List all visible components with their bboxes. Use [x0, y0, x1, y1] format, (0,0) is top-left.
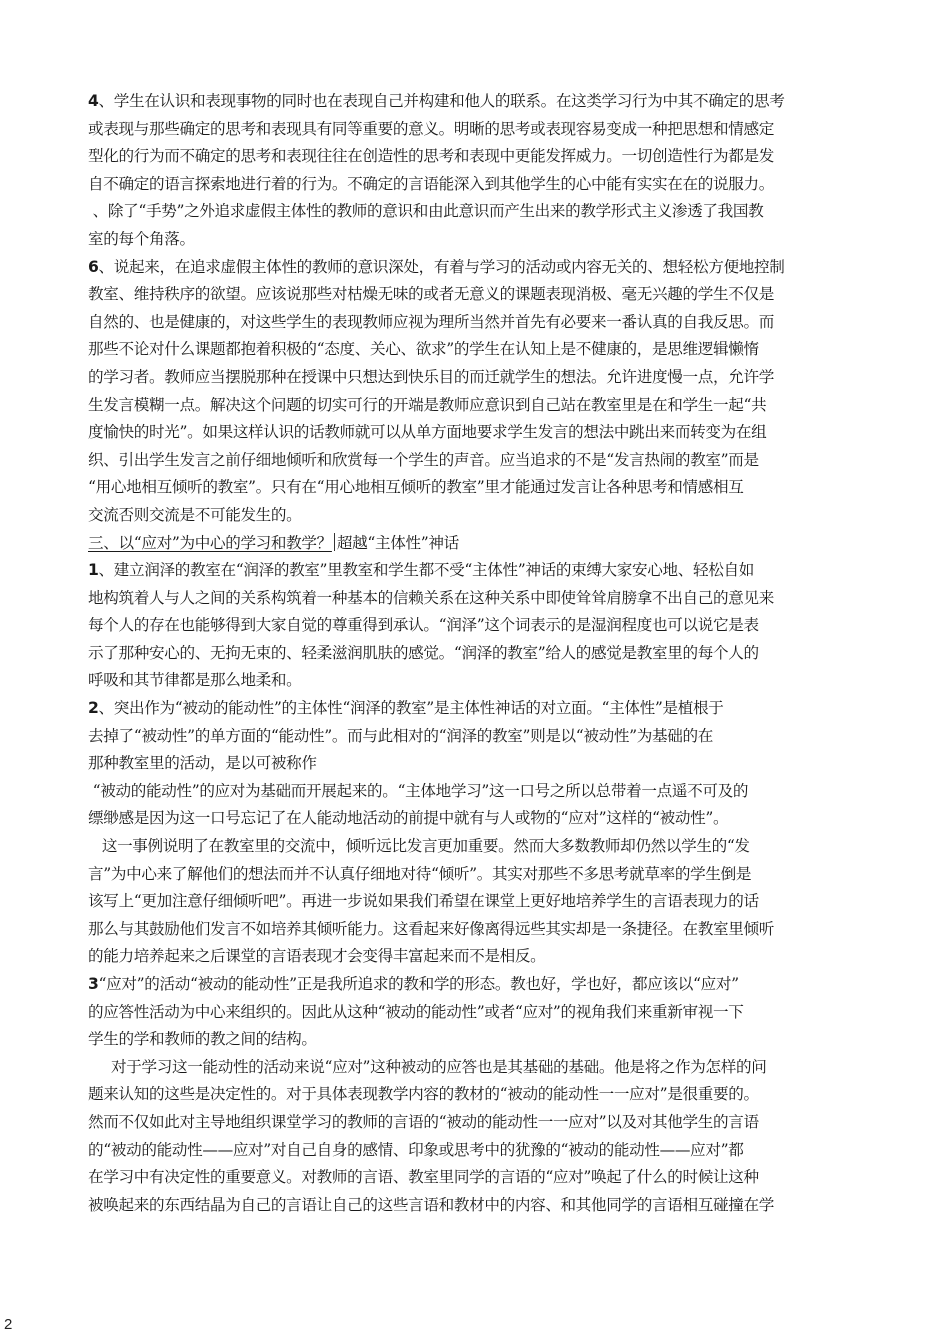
line-text: 该写上“更加注意仔细倾听吧”。再进一步说如果我们希望在课堂上更好地培养学生的言语… [88, 892, 759, 910]
text-line: 那些不论对什么课题都抱着积极的“态度、关心、欲求”的学生在认知上是不健康的，是思… [88, 336, 864, 364]
text-line: 3“应对”的活动“被动的能动性”正是我所追求的教和学的形态。教也好，学也好，都应… [88, 971, 864, 999]
line-text: 那种教室里的活动，是以可被称作 [88, 754, 317, 772]
line-text: 缥缈感是因为这一口号忘记了在人能动地活动的前提中就有与人或物的“应对”这样的“被… [88, 809, 728, 827]
line-text: 自不确定的语言探索地进行着的行为。不确定的言语能深入到其他学生的心中能有实实在在… [88, 175, 774, 193]
document-page: 4、学生在认识和表现事物的同时也在表现自己并构建和他人的联系。在这类学习行为中其… [88, 88, 864, 1219]
text-line: 示了那种安心的、无拘无束的、轻柔滋润肌肤的感觉。“润泽的教室”给人的感觉是教室里… [88, 640, 864, 668]
text-line: 的学习者。教师应当摆脱那种在授课中只想达到快乐目的而迁就学生的想法。允许进度慢一… [88, 364, 864, 392]
line-text: 交流否则交流是不可能发生的。 [88, 506, 301, 524]
line-text: 的能力培养起来之后课堂的言语表现才会变得丰富起来而不是相反。 [88, 947, 545, 965]
line-text: 的学习者。教师应当摆脱那种在授课中只想达到快乐目的而迁就学生的想法。允许进度慢一… [88, 368, 774, 386]
line-text: 被唤起来的东西结晶为自己的言语让自己的这些言语和教材中的内容、和其他同学的言语相… [88, 1196, 774, 1214]
text-line: 的应答性活动为中心来组织的。因此从这种“被动的能动性”或者“应对”的视角我们来重… [88, 999, 864, 1027]
text-line: 在学习中有决定性的重要意义。对教师的言语、教室里同学的言语的“应对”唤起了什么的… [88, 1164, 864, 1192]
line-text: “应对”的活动“被动的能动性”正是我所追求的教和学的形态。教也好，学也好，都应该… [99, 975, 739, 993]
text-line: 的“被动的能动性——应对”对自己自身的感情、印象或思考中的犹豫的“被动的能动性—… [88, 1137, 864, 1165]
page-number: 2 [4, 1316, 12, 1333]
line-text: 言”为中心来了解他们的想法而并不认真仔细地对待“倾听”。其实对那些不多思考就草率… [88, 865, 751, 883]
line-text: 那么与其鼓励他们发言不如培养其倾听能力。这看起来好像离得远些其实却是一条捷径。在… [88, 920, 774, 938]
text-line: 织、引出学生发言之前仔细地倾听和欣赏每一个学生的声音。应当追求的不是“发言热闹的… [88, 447, 864, 475]
line-text: 学生的学和教师的教之间的结构。 [88, 1030, 317, 1048]
line-text: 地构筑着人与人之间的关系构筑着一种基本的信赖关系在这种关系中即使耸耸肩膀拿不出自… [88, 589, 774, 607]
text-line: 这一事例说明了在教室里的交流中，倾听远比发言更加重要。然而大多数教师却仍然以学生… [88, 833, 864, 861]
text-line: 自然的、也是健康的，对这些学生的表现教师应视为理所当然并首先有必要来一番认真的自… [88, 309, 864, 337]
line-text: 室的每个角落。 [88, 230, 195, 248]
line-text: 或表现与那些确定的思考和表现具有同等重要的意义。明晰的思考或表现容易变成一种把思… [88, 120, 774, 138]
text-line: 交流否则交流是不可能发生的。 [88, 502, 864, 530]
text-line: 那种教室里的活动，是以可被称作 [88, 750, 864, 778]
text-line: 题来认知的这些是决定性的。对于具体表现教学内容的教材的“被动的能动性一一应对”是… [88, 1081, 864, 1109]
text-cursor [334, 533, 335, 551]
line-text: 、说起来，在追求虚假主体性的教师的意识深处，有着与学习的活动或内容无关的、想轻松… [99, 258, 785, 276]
text-line: 被唤起来的东西结晶为自己的言语让自己的这些言语和教材中的内容、和其他同学的言语相… [88, 1192, 864, 1220]
line-text: 自然的、也是健康的，对这些学生的表现教师应视为理所当然并首先有必要来一番认真的自… [88, 313, 774, 331]
text-line: 学生的学和教师的教之间的结构。 [88, 1026, 864, 1054]
text-line: “用心地相互倾听的教室”。只有在“用心地相互倾听的教室”里才能通过发言让各种思考… [88, 474, 864, 502]
line-text: 、除了“手势”之外追求虚假主体性的教师的意识和由此意识而产生出来的教学形式主义渗… [88, 202, 763, 220]
text-line: 呼吸和其节律都是那么地柔和。 [88, 667, 864, 695]
text-line: 室的每个角落。 [88, 226, 864, 254]
line-text: 、学生在认识和表现事物的同时也在表现自己并构建和他人的联系。在这类学习行为中其不… [99, 92, 785, 110]
section-heading-underlined: 三、以“应对”为中心的学习和教学？ [88, 534, 332, 552]
line-text: 、突出作为“被动的能动性”的主体性“润泽的教室”是主体性神话的对立面。“主体性”… [99, 699, 724, 717]
text-line: 自不确定的语言探索地进行着的行为。不确定的言语能深入到其他学生的心中能有实实在在… [88, 171, 864, 199]
line-text: 呼吸和其节律都是那么地柔和。 [88, 671, 301, 689]
line-text: 每个人的存在也能够得到大家自觉的尊重得到承认。“润泽”这个词表示的是湿润程度也可… [88, 616, 759, 634]
line-text: 然而不仅如此对主导地组织课堂学习的教师的言语的“被动的能动性一一应对”以及对其他… [88, 1113, 759, 1131]
line-text: 在学习中有决定性的重要意义。对教师的言语、教室里同学的言语的“应对”唤起了什么的… [88, 1168, 759, 1186]
text-line: 然而不仅如此对主导地组织课堂学习的教师的言语的“被动的能动性一一应对”以及对其他… [88, 1109, 864, 1137]
line-text: 题来认知的这些是决定性的。对于具体表现教学内容的教材的“被动的能动性一一应对”是… [88, 1085, 759, 1103]
text-line: 该写上“更加注意仔细倾听吧”。再进一步说如果我们希望在课堂上更好地培养学生的言语… [88, 888, 864, 916]
paragraph-block-2: 1、建立润泽的教室在“润泽的教室”里教室和学生都不受“主体性”神话的束缚大家安心… [88, 557, 864, 1219]
line-text: 那些不论对什么课题都抱着积极的“态度、关心、欲求”的学生在认知上是不健康的，是思… [88, 340, 759, 358]
line-text: 生发言模糊一点。解决这个问题的切实可行的开端是教师应意识到自己站在教室里是在和学… [88, 396, 766, 414]
line-text: 的应答性活动为中心来组织的。因此从这种“被动的能动性”或者“应对”的视角我们来重… [88, 1003, 743, 1021]
line-text: 型化的行为而不确定的思考和表现往往在创造性的思考和表现中更能发挥威力。一切创造性… [88, 147, 774, 165]
section-heading: 三、以“应对”为中心的学习和教学？超越“主体性”神话 [88, 530, 864, 558]
section-heading-rest: 超越“主体性”神话 [337, 534, 459, 552]
line-text: “用心地相互倾听的教室”。只有在“用心地相互倾听的教室”里才能通过发言让各种思考… [88, 478, 743, 496]
text-line: 4、学生在认识和表现事物的同时也在表现自己并构建和他人的联系。在这类学习行为中其… [88, 88, 864, 116]
text-line: 每个人的存在也能够得到大家自觉的尊重得到承认。“润泽”这个词表示的是湿润程度也可… [88, 612, 864, 640]
line-text: “被动的能动性”的应对为基础而开展起来的。“主体地学习”这一口号之所以总带着一点… [88, 782, 748, 800]
text-line: 言”为中心来了解他们的想法而并不认真仔细地对待“倾听”。其实对那些不多思考就草率… [88, 861, 864, 889]
line-text: 去掉了“被动性”的单方面的“能动性”。而与此相对的“润泽的教室”则是以“被动性”… [88, 727, 713, 745]
text-line: 对于学习这一能动性的活动来说“应对”这种被动的应答也是其基础的基础。他是将之作为… [88, 1054, 864, 1082]
list-number: 3 [88, 975, 99, 993]
text-line: 2、突出作为“被动的能动性”的主体性“润泽的教室”是主体性神话的对立面。“主体性… [88, 695, 864, 723]
text-line: 1、建立润泽的教室在“润泽的教室”里教室和学生都不受“主体性”神话的束缚大家安心… [88, 557, 864, 585]
text-line: 去掉了“被动性”的单方面的“能动性”。而与此相对的“润泽的教室”则是以“被动性”… [88, 723, 864, 751]
list-number: 6 [88, 258, 99, 276]
line-text: 教室、维持秩序的欲望。应该说那些对枯燥无味的或者无意义的课题表现消极、毫无兴趣的… [88, 285, 774, 303]
line-text: 的“被动的能动性——应对”对自己自身的感情、印象或思考中的犹豫的“被动的能动性—… [88, 1141, 743, 1159]
text-line: 生发言模糊一点。解决这个问题的切实可行的开端是教师应意识到自己站在教室里是在和学… [88, 392, 864, 420]
line-text: 对于学习这一能动性的活动来说“应对”这种被动的应答也是其基础的基础。他是将之作为… [88, 1058, 767, 1076]
line-text: 示了那种安心的、无拘无束的、轻柔滋润肌肤的感觉。“润泽的教室”给人的感觉是教室里… [88, 644, 759, 662]
text-line: 或表现与那些确定的思考和表现具有同等重要的意义。明晰的思考或表现容易变成一种把思… [88, 116, 864, 144]
text-line: 型化的行为而不确定的思考和表现往往在创造性的思考和表现中更能发挥威力。一切创造性… [88, 143, 864, 171]
line-text: 这一事例说明了在教室里的交流中，倾听远比发言更加重要。然而大多数教师却仍然以学生… [88, 837, 750, 855]
text-line: 地构筑着人与人之间的关系构筑着一种基本的信赖关系在这种关系中即使耸耸肩膀拿不出自… [88, 585, 864, 613]
line-text: 、建立润泽的教室在“润泽的教室”里教室和学生都不受“主体性”神话的束缚大家安心地… [99, 561, 754, 579]
text-line: 缥缈感是因为这一口号忘记了在人能动地活动的前提中就有与人或物的“应对”这样的“被… [88, 805, 864, 833]
list-number: 1 [88, 561, 99, 579]
list-number: 2 [88, 699, 99, 717]
text-line: “被动的能动性”的应对为基础而开展起来的。“主体地学习”这一口号之所以总带着一点… [88, 778, 864, 806]
text-line: 那么与其鼓励他们发言不如培养其倾听能力。这看起来好像离得远些其实却是一条捷径。在… [88, 916, 864, 944]
text-line: 的能力培养起来之后课堂的言语表现才会变得丰富起来而不是相反。 [88, 943, 864, 971]
line-text: 度愉快的时光”。如果这样认识的话教师就可以从单方面地要求学生发言的想法中跳出来而… [88, 423, 766, 441]
line-text: 织、引出学生发言之前仔细地倾听和欣赏每一个学生的声音。应当追求的不是“发言热闹的… [88, 451, 759, 469]
text-line: 教室、维持秩序的欲望。应该说那些对枯燥无味的或者无意义的课题表现消极、毫无兴趣的… [88, 281, 864, 309]
list-number: 4 [88, 92, 99, 110]
text-line: 度愉快的时光”。如果这样认识的话教师就可以从单方面地要求学生发言的想法中跳出来而… [88, 419, 864, 447]
text-line: 6、说起来，在追求虚假主体性的教师的意识深处，有着与学习的活动或内容无关的、想轻… [88, 254, 864, 282]
paragraph-block-1: 4、学生在认识和表现事物的同时也在表现自己并构建和他人的联系。在这类学习行为中其… [88, 88, 864, 530]
text-line: 、除了“手势”之外追求虚假主体性的教师的意识和由此意识而产生出来的教学形式主义渗… [88, 198, 864, 226]
